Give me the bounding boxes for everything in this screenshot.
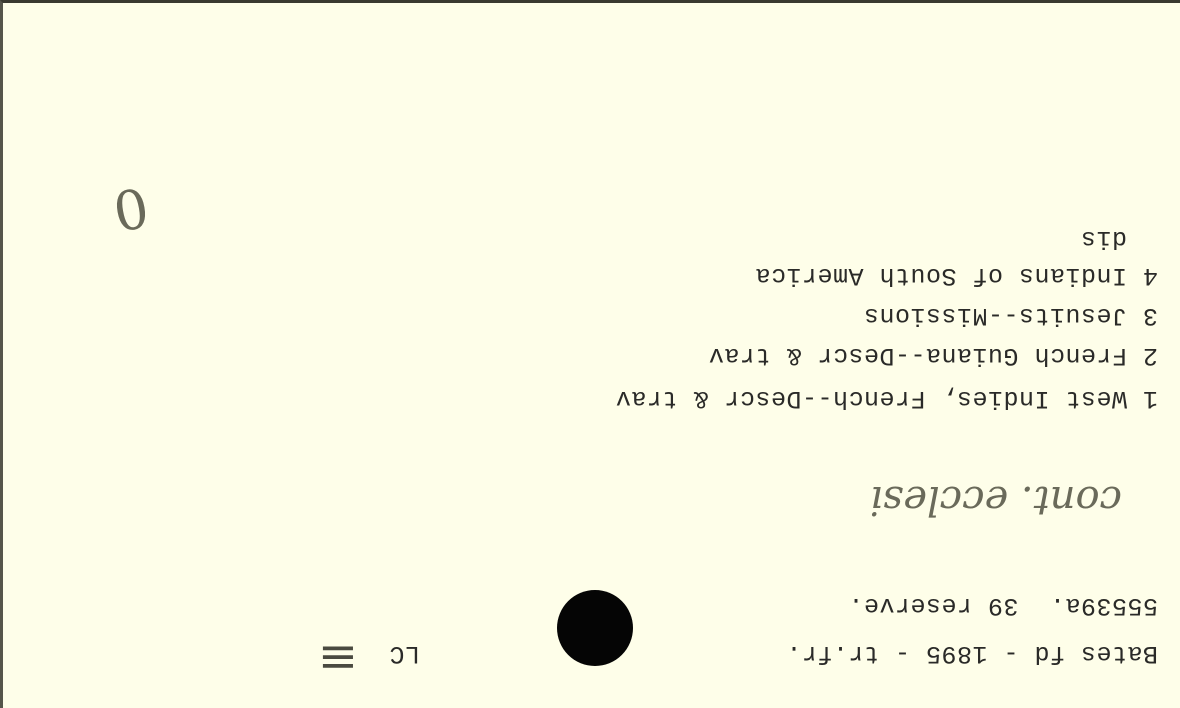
punch-hole [557,590,633,666]
catalog-card: Bates fd - 1895 - tr.fr. 55539a. 39 rese… [0,0,1180,708]
margin-mark: 0 [108,174,153,242]
lc-mark: LC [389,639,420,668]
lc-handwritten-mark: ≡ [318,630,358,686]
subject-4: 4 Indians of South America [755,261,1158,290]
subject-1: 1 West Indies, French--Descr & trav [615,384,1158,413]
subject-4-continuation: dis [1080,224,1158,253]
subject-2: 2 French Guiana--Descr & trav [708,341,1158,370]
subject-3: 3 Jesuits--Missions [863,301,1158,330]
header-line-2: 55539a. 39 reserve. [848,591,1158,620]
handwritten-note: cont. ecclesi [870,477,1122,523]
header-line-1: Bates fd - 1895 - tr.fr. [786,639,1158,668]
